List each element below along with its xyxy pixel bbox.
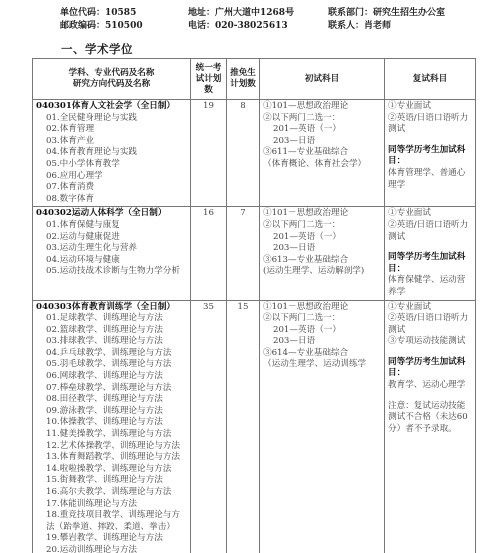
direction-item: 07.棒垒球教学、训练理论与方法	[36, 383, 187, 395]
direction-item: 09.游泳教学、训练理论与方法	[36, 406, 187, 418]
equivalent-label: 同等学历考生加试科目：	[388, 145, 472, 168]
retest-line: ②英语/日语口语听力测试	[388, 313, 472, 336]
exam-line: ②以下两门二选一：	[263, 313, 381, 325]
info-row-2: 邮政编码：510500 电话：020-38025613 联系人：肖老师	[60, 20, 480, 33]
initial-exam-cell: ①101—思想政治理论 ②以下两门二选一： 201—英语（一） 203—日语 ③…	[260, 100, 385, 207]
direction-item: 02.篮球教学、训练理论与方法	[36, 325, 187, 337]
address: 地址：广州大道中1268号	[188, 7, 328, 20]
equivalent-label: 同等学历考生加试科目：	[388, 252, 472, 275]
equivalent-subjects: 体育保健学、运动营养学	[388, 275, 472, 298]
header-major-line1: 学科、专业代码及名称	[36, 68, 187, 79]
direction-item: 16.高尔夫教学、训练理论与方法	[36, 487, 187, 499]
retest-line: ②英语/日语口语听力测试	[388, 220, 472, 243]
retest-cell: ①专业面试 ②英语/日语口语听力测试 ③专项运动技能测试 同等学历考生加试科目：…	[385, 300, 476, 553]
direction-item: 05.中小学体育教学	[36, 159, 187, 171]
header-major: 学科、专业代码及名称 研究方向代码及名称	[33, 59, 191, 100]
unit-code-value: 10585	[105, 8, 136, 18]
postal-code-label: 邮政编码：	[60, 21, 105, 31]
header-exempt-plan: 推免生计划数	[227, 59, 260, 100]
table-row: 040301体育人文社会学（全日制） 01.全民健身理论与实践 02.体育管理 …	[33, 100, 476, 207]
major-title: 040303体育教育训练学（全日制）	[36, 302, 187, 314]
exam-line: 203—日语	[263, 136, 381, 148]
unified-plan-count: 16	[191, 207, 227, 300]
direction-item: 02.体育管理	[36, 124, 187, 136]
exam-line: ①101—思想政治理论	[263, 101, 381, 113]
exam-line: ①101－思想政治理论	[263, 208, 381, 220]
admission-info-header: 单位代码：10585 地址：广州大道中1268号 联系部门：研究生招生办公室 邮…	[60, 7, 480, 33]
exam-line: ①101－思想政治理论	[263, 302, 381, 314]
exam-line: 203—日语	[263, 243, 381, 255]
phone-value: 020-38025613	[215, 21, 288, 31]
direction-item: 03.运动生理生化与营养	[36, 243, 187, 255]
header-retest: 复试科目	[385, 59, 476, 100]
exam-line: ②以下两门二选一：	[263, 113, 381, 125]
initial-exam-cell: ①101－思想政治理论 ②以下两门二选一： 201—英语（一） 203—日语 ③…	[260, 207, 385, 300]
retest-line: ①专业面试	[388, 302, 472, 314]
section-title: 一、学术学位	[61, 41, 133, 57]
direction-item: 04.运动环境与健康	[36, 255, 187, 267]
department: 联系部门：研究生招生办公室	[328, 7, 478, 20]
header-unified-plan: 统一考试计划数	[191, 59, 227, 100]
direction-item: 06.网球教学、训练理论与方法	[36, 371, 187, 383]
direction-item: 01.足球教学、训练理论与方法	[36, 313, 187, 325]
direction-item: 02.运动与健康促进	[36, 232, 187, 244]
retest-line: ③专项运动技能测试	[388, 336, 472, 348]
enrollment-plan-table: 学科、专业代码及名称 研究方向代码及名称 统一考试计划数 推免生计划数 初试科目…	[32, 58, 476, 553]
unit-code: 单位代码：10585	[60, 7, 188, 20]
retest-cell: ①专业面试 ②英语/日语口语听力测试 同等学历考生加试科目： 体育管理学、普通心…	[385, 100, 476, 207]
retest-line: ②英语/日语口语听力测试	[388, 113, 472, 136]
direction-item: 15.街舞教学、训练理论与方法	[36, 475, 187, 487]
exam-line: 203—日语	[263, 336, 381, 348]
department-value: 研究生招生办公室	[373, 8, 445, 18]
retest-note: 注意：复试运动技能测试不合格（未达60分）者不予录取。	[388, 401, 472, 436]
equivalent-subjects: 教育学、运动心理学	[388, 380, 472, 392]
major-title: 040301体育人文社会学（全日制）	[36, 101, 187, 113]
header-initial-exam: 初试科目	[260, 59, 385, 100]
direction-item: 04.体育教育理论与实践	[36, 147, 187, 159]
table-row: 040303体育教育训练学（全日制） 01.足球教学、训练理论与方法 02.篮球…	[33, 300, 476, 553]
address-value: 广州大道中1268号	[215, 8, 294, 18]
direction-item: 06.应用心理学	[36, 171, 187, 183]
direction-item: 01.全民健身理论与实践	[36, 113, 187, 125]
exam-line: ③613—专业基础综合	[263, 255, 381, 267]
phone-label: 电话：	[188, 21, 215, 31]
direction-item: 17.体能训练理论与方法	[36, 499, 187, 511]
direction-item: 13.体育舞蹈教学、训练理论与方法	[36, 452, 187, 464]
direction-item: 07.体育消费	[36, 182, 187, 194]
direction-item: 19.攀岩教学、训练理论与方法	[36, 533, 187, 545]
major-title: 040302运动人体科学（全日制）	[36, 208, 187, 220]
direction-item: 14.啦啦操教学、训练理论与方法	[36, 464, 187, 476]
postal-code: 邮政编码：510500	[60, 20, 188, 33]
direction-item: 10.体操教学、训练理论与方法	[36, 417, 187, 429]
equivalent-subjects: 体育管理学、普通心理学	[388, 168, 472, 191]
direction-item: 08.田径教学、训练理论与方法	[36, 394, 187, 406]
exempt-plan-count: 8	[227, 100, 260, 207]
equivalent-label: 同等学历考生加试科目：	[388, 357, 472, 380]
exam-line: （运动生理学、运动训练学	[263, 359, 381, 371]
table-header-row: 学科、专业代码及名称 研究方向代码及名称 统一考试计划数 推免生计划数 初试科目…	[33, 59, 476, 100]
retest-line: ①专业面试	[388, 208, 472, 220]
retest-cell: ①专业面试 ②英语/日语口语听力测试 同等学历考生加试科目： 体育保健学、运动营…	[385, 207, 476, 300]
direction-item: 04.乒乓球教学、训练理论与方法	[36, 348, 187, 360]
major-cell: 040302运动人体科学（全日制） 01.体育保健与康复 02.运动与健康促进 …	[33, 207, 191, 300]
direction-item: 01.体育保健与康复	[36, 220, 187, 232]
direction-item: 03.排球教学、训练理论与方法	[36, 336, 187, 348]
exam-line: ③611—专业基础综合	[263, 147, 381, 159]
exempt-plan-count: 7	[227, 207, 260, 300]
unified-plan-count: 19	[191, 100, 227, 207]
address-label: 地址：	[188, 8, 215, 18]
table-row: 040302运动人体科学（全日制） 01.体育保健与康复 02.运动与健康促进 …	[33, 207, 476, 300]
exam-line: ③614—专业基础综合	[263, 348, 381, 360]
major-cell: 040303体育教育训练学（全日制） 01.足球教学、训练理论与方法 02.篮球…	[33, 300, 191, 553]
direction-item: 20.运动训练理论与方法	[36, 545, 187, 553]
phone: 电话：020-38025613	[188, 20, 328, 33]
initial-exam-cell: ①101－思想政治理论 ②以下两门二选一： 201—英语（一） 203—日语 ③…	[260, 300, 385, 553]
direction-item: 03.体育产业	[36, 136, 187, 148]
exam-line: ②以下两门二选一：	[263, 220, 381, 232]
exam-line: 201—英语（一）	[263, 325, 381, 337]
postal-code-value: 510500	[105, 21, 143, 31]
contact-value: 肖老师	[364, 21, 391, 31]
direction-item: 08.数字体育	[36, 194, 187, 206]
direction-item: 18.重竞技项目教学、训练理论与方法（跆拳道、摔跤、柔道、拳击）	[36, 510, 187, 533]
unified-plan-count: 35	[191, 300, 227, 553]
unit-code-label: 单位代码：	[60, 8, 105, 18]
exempt-plan-count: 15	[227, 300, 260, 553]
exam-line: (运动生理学、运动解剖学)	[263, 266, 381, 278]
info-row-1: 单位代码：10585 地址：广州大道中1268号 联系部门：研究生招生办公室	[60, 7, 480, 20]
major-cell: 040301体育人文社会学（全日制） 01.全民健身理论与实践 02.体育管理 …	[33, 100, 191, 207]
exam-line: 201—英语（一）	[263, 124, 381, 136]
retest-line: ①专业面试	[388, 101, 472, 113]
exam-line: （体育概论、体育社会学）	[263, 159, 381, 171]
department-label: 联系部门：	[328, 8, 373, 18]
contact: 联系人：肖老师	[328, 20, 478, 33]
direction-item: 05.运动技战术诊断与生物力学分析	[36, 266, 187, 278]
exam-line: 201—英语（一）	[263, 232, 381, 244]
contact-label: 联系人：	[328, 21, 364, 31]
direction-item: 11.健美操教学、训练理论与方法	[36, 429, 187, 441]
header-major-line2: 研究方向代码及名称	[36, 79, 187, 90]
direction-item: 12.艺术体操教学、训练理论与方法	[36, 441, 187, 453]
direction-item: 05.羽毛球教学、训练理论与方法	[36, 359, 187, 371]
